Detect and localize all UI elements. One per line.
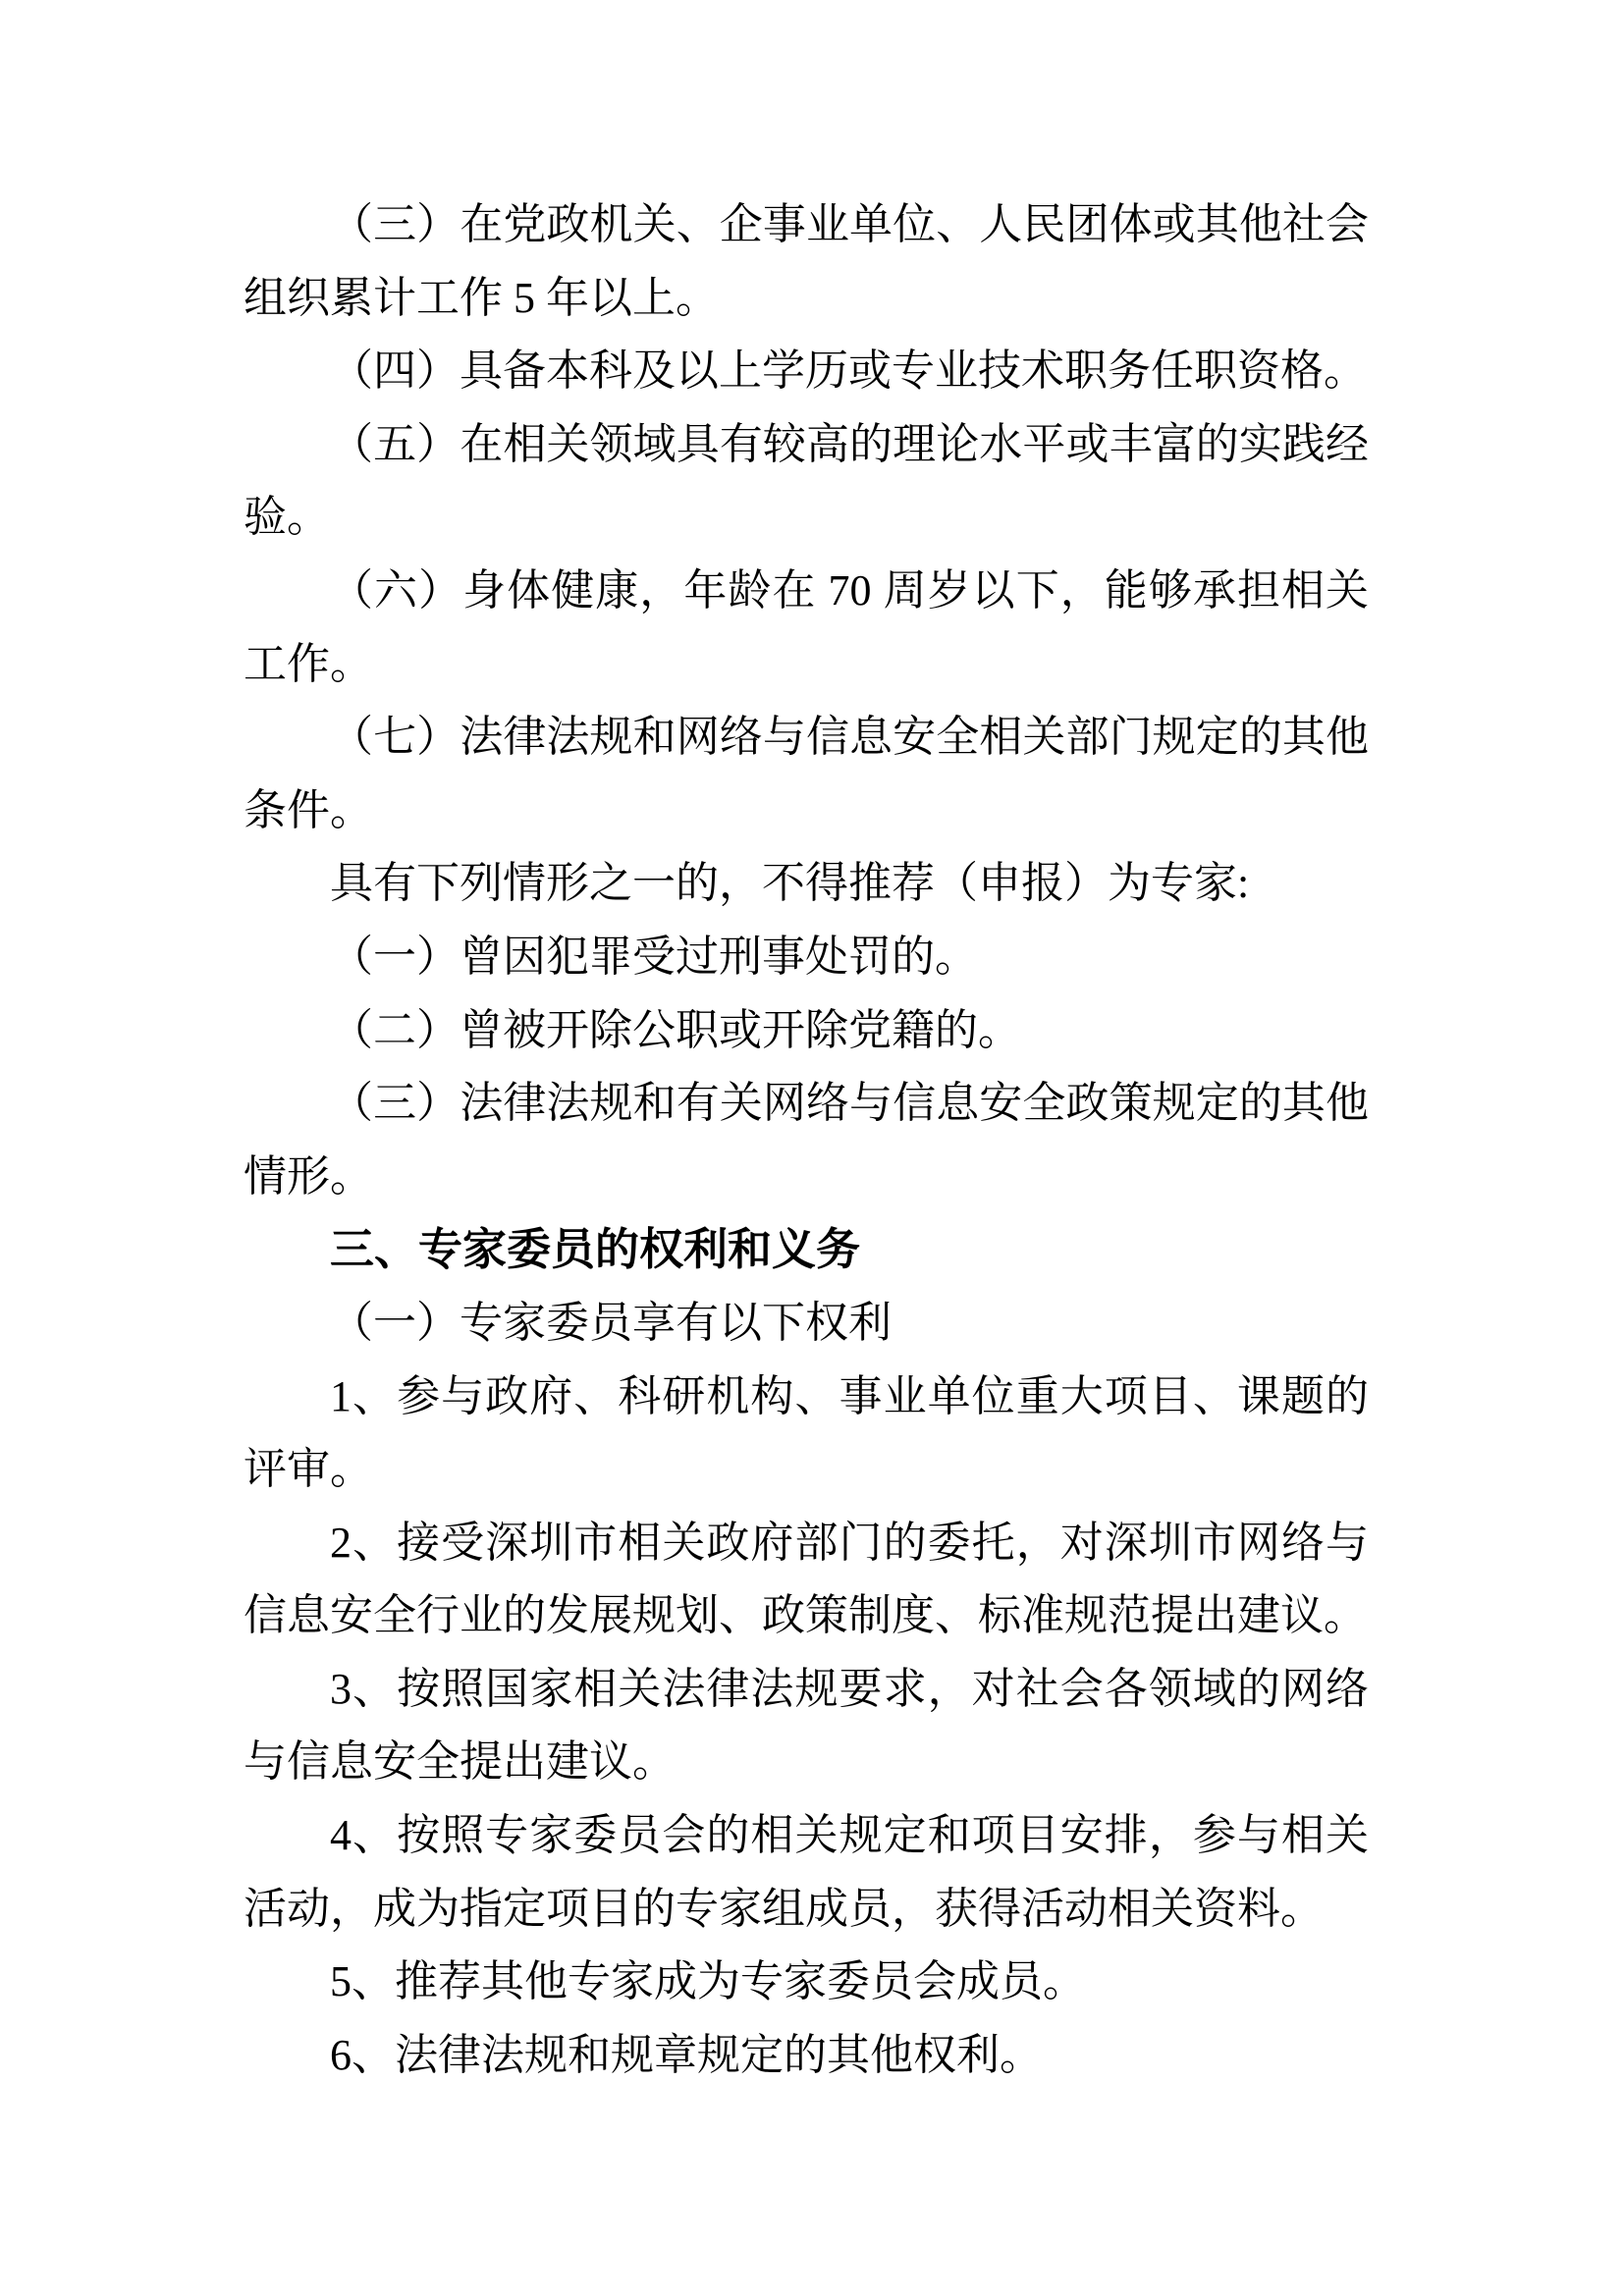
text-line: （五）在相关领域具有较高的理论水平或丰富的实践经 xyxy=(244,408,1369,482)
text-line: 组织累计工作 5 年以上。 xyxy=(244,262,1369,336)
text-line: （一）专家委员享有以下权利 xyxy=(244,1287,1369,1361)
text-line: 具有下列情形之一的，不得推荐（申报）为专家: xyxy=(244,847,1369,921)
text-line: 2、接受深圳市相关政府部门的委托，对深圳市网络与 xyxy=(244,1507,1369,1580)
text-line: 验。 xyxy=(244,481,1369,555)
text-line: 活动，成为指定项目的专家组成员，获得活动相关资料。 xyxy=(244,1873,1369,1947)
section-heading-line: 三、专家委员的权利和义务 xyxy=(244,1213,1369,1287)
text-line: （四）具备本科及以上学历或专业技术职务任职资格。 xyxy=(244,335,1369,408)
text-line: （三）法律法规和有关网络与信息安全政策规定的其他 xyxy=(244,1067,1369,1141)
text-line: （一）曾因犯罪受过刑事处罚的。 xyxy=(244,921,1369,994)
text-line: （七）法律法规和网络与信息安全相关部门规定的其他 xyxy=(244,701,1369,774)
text-line: 3、按照国家相关法律法规要求，对社会各领域的网络 xyxy=(244,1653,1369,1727)
text-line: 4、按照专家委员会的相关规定和项目安排，参与相关 xyxy=(244,1799,1369,1873)
text-line: 1、参与政府、科研机构、事业单位重大项目、课题的 xyxy=(244,1361,1369,1434)
text-line: 情形。 xyxy=(244,1141,1369,1214)
text-line: （三）在党政机关、企事业单位、人民团体或其他社会 xyxy=(244,188,1369,262)
text-line: 5、推荐其他专家成为专家委员会成员。 xyxy=(244,1946,1369,2019)
text-line: （二）曾被开除公职或开除党籍的。 xyxy=(244,994,1369,1068)
text-line: 评审。 xyxy=(244,1433,1369,1507)
text-line: 信息安全行业的发展规划、政策制度、标准规范提出建议。 xyxy=(244,1579,1369,1653)
text-line: 与信息安全提出建议。 xyxy=(244,1726,1369,1799)
text-line: 条件。 xyxy=(244,774,1369,848)
text-line: 工作。 xyxy=(244,628,1369,702)
text-line: （六）身体健康，年龄在 70 周岁以下，能够承担相关 xyxy=(244,555,1369,628)
text-line: 6、法律法规和规章规定的其他权利。 xyxy=(244,2019,1369,2093)
document-body: （三）在党政机关、企事业单位、人民团体或其他社会组织累计工作 5 年以上。（四）… xyxy=(244,188,1369,2092)
document-page: （三）在党政机关、企事业单位、人民团体或其他社会组织累计工作 5 年以上。（四）… xyxy=(0,0,1624,2296)
